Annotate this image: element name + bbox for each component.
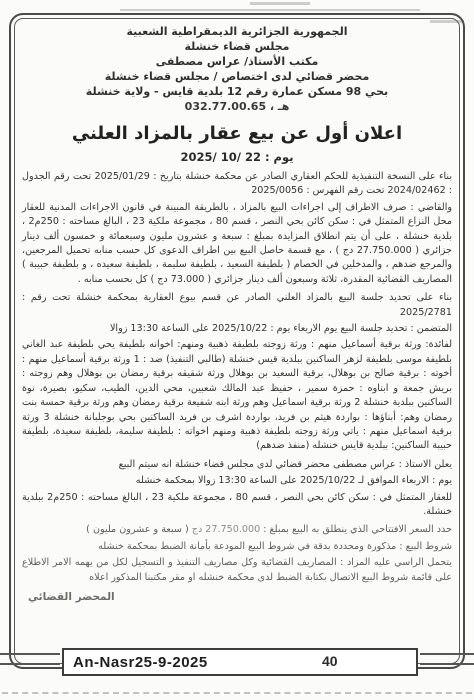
footer-rule-left (0, 653, 60, 665)
header-office-line: مكتب الأستاذ/ عراس مصطفى (22, 54, 452, 69)
opening-price-value: 27.750.000 دج (192, 524, 260, 535)
publication-footer: An-Nasr25-9-2025 40 (62, 648, 418, 676)
scan-artifact (2, 692, 472, 694)
paragraph-session-date: المتضمن : تحديد جلسة البيع يوم الاربعاء … (22, 322, 452, 336)
paragraph-opening-price: حدد السعر الافتتاحي الذي ينطلق به البيع … (22, 523, 452, 537)
page-number: 40 (322, 653, 338, 669)
header-republic-line: الجمهورية الجزائرية الديمقراطية الشعبية (22, 24, 452, 39)
paragraph-session-ref: بناء على تحديد جلسة البيع بالمزاد العلني… (22, 291, 452, 320)
footer-rule-right (420, 653, 474, 665)
legal-notice-document: الجمهورية الجزائرية الديمقراطية الشعبية … (22, 24, 452, 640)
paragraph-conditions: شروط البيع : مذكورة ومحددة بدقة في شروط … (22, 540, 452, 554)
paragraph-property: للعقار المتمثل في : سكن كائن بحي النصر ،… (22, 491, 452, 520)
paragraph-sale-day: يوم : الاربعاء الموافق لـ 2025/10/22 على… (22, 474, 452, 488)
header-bailiff-line: محضر قضائي لدى اختصاص / مجلس قضاء خنشلة (22, 69, 452, 84)
paragraph-parties: لفائدة: ورثة برقية أسماعيل منهم : ورثة ز… (22, 338, 452, 453)
opening-price-label: حدد السعر الافتتاحي الذي ينطلق به البيع … (260, 524, 452, 535)
paragraph-announcement: يعلن الاستاذ : عراس مصطفى محضر قضائي لدى… (22, 458, 452, 472)
notice-title: اعلان أول عن بيع عقار بالمزاد العلني (22, 122, 452, 146)
publication-source: An-Nasr25-9-2025 (64, 654, 208, 671)
paragraph-fees: يتحمل الراسي عليه المزاد : المصاريف القض… (22, 556, 452, 585)
header-address-line: بحي 98 مسكن عمارة رقم 12 بلدية قايس - ول… (22, 84, 452, 99)
scan-artifact (250, 2, 310, 5)
bailiff-signature: المحضر القضائي (22, 591, 452, 603)
paragraph-ruling: والقاضي : صرف الاطراف إلى اجراءات البيع … (22, 201, 452, 287)
scan-artifact (120, 9, 420, 11)
header-council-line: مجلس قضاء خنشلة (22, 39, 452, 54)
header-phone-line: هـ ، 032.77.00.65 (22, 99, 452, 115)
opening-price-words: ( سبعة و عشرون مليون ) (86, 524, 192, 535)
paragraph-writ: بناء على النسخة التنفيذية للحكم العقاري … (22, 170, 452, 199)
notice-date: يوم : 22 /10 /2025 (22, 150, 452, 165)
notice-body: بناء على النسخة التنفيذية للحكم العقاري … (22, 170, 452, 585)
